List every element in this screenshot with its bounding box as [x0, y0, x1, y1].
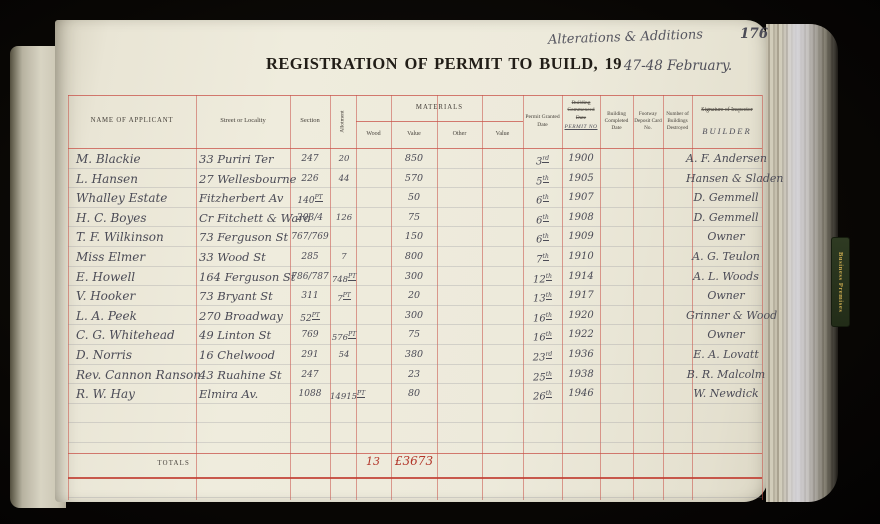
register-title: REGISTRATION OF PERMIT TO BUILD, 1947-48…	[266, 54, 732, 74]
ledger-row: Miss Elmer33 Wood St28578007th1910A. G. …	[0, 248, 880, 267]
grid-line	[68, 148, 762, 149]
cell-material-value: 150	[391, 228, 437, 246]
cell-material-value: 75	[391, 209, 437, 227]
cell-section: 311	[290, 287, 330, 305]
header-name: NAME OF APPLICANT	[68, 95, 196, 148]
cell-section: 767/769	[290, 228, 330, 246]
cell-material-value: 850	[391, 150, 437, 168]
cell-permit-date: 6th	[523, 209, 562, 230]
grid-line	[68, 95, 762, 96]
cell-builder: E. A. Lovatt	[686, 346, 766, 364]
cell-allotment: 20	[330, 150, 358, 168]
cell-street: 33 Puriri Ter	[199, 150, 289, 168]
cell-section: 291	[290, 346, 330, 364]
cell-street: 27 Wellesbourne	[199, 170, 289, 188]
cell-builder: A. L. Woods	[686, 268, 766, 286]
cell-permit-number: 1908	[562, 209, 600, 227]
cell-permit-date: 6th	[523, 189, 562, 210]
ledger-row: Whalley EstateFitzherbert Av140PT506th19…	[0, 189, 880, 208]
cell-permit-date: 12th	[523, 268, 562, 289]
cell-permit-number: 1920	[562, 307, 600, 325]
cell-permit-date: 16th	[523, 326, 562, 347]
cell-builder: B. R. Malcolm	[686, 366, 766, 384]
cell-applicant-name: Whalley Estate	[76, 189, 196, 207]
ledger-row: L. Hansen27 Wellesbourne226445705th1905H…	[0, 170, 880, 189]
cell-street: Cr Fitchett & Ward	[199, 209, 289, 227]
cell-permit-date: 13th	[523, 287, 562, 308]
cell-section: 247	[290, 150, 330, 168]
cell-material-value: 800	[391, 248, 437, 266]
title-printed: REGISTRATION OF PERMIT TO BUILD, 19	[266, 54, 622, 73]
header-street: Street or Locality	[196, 95, 290, 148]
permit-no-pencil-note: PERMIT NO	[562, 124, 600, 132]
cell-applicant-name: Rev. Cannon Ranson	[76, 366, 196, 384]
cell-allotment: 44	[330, 170, 358, 188]
cell-street: 49 Linton St	[199, 326, 289, 344]
cell-section: 203/4	[290, 209, 330, 227]
cell-allotment: 14915PT	[330, 385, 358, 406]
cell-builder: D. Gemmell	[686, 209, 766, 227]
cell-material-value: 570	[391, 170, 437, 188]
cell-permit-number: 1905	[562, 170, 600, 188]
cell-builder: Grinner & Wood	[686, 307, 766, 325]
header-buildings-destroyed: Number of Buildings Destroyed	[663, 95, 692, 148]
cell-section: 140PT	[290, 189, 330, 210]
cell-applicant-name: L. A. Peek	[76, 307, 196, 325]
grid-line	[68, 422, 762, 423]
cell-section: 769	[290, 326, 330, 344]
cell-permit-date: 7th	[523, 248, 562, 269]
cell-allotment: 54	[330, 346, 358, 364]
cell-permit-number: 1946	[562, 385, 600, 403]
cell-permit-number: 1909	[562, 228, 600, 246]
cell-builder: Owner	[686, 228, 766, 246]
header-value: Value	[391, 121, 437, 148]
cell-section: 786/787	[290, 268, 330, 286]
cell-street: 164 Ferguson St	[199, 268, 289, 286]
cell-permit-date: 25th	[523, 366, 562, 387]
header-building-completed: Building Completed Date	[600, 95, 633, 148]
cell-permit-number: 1910	[562, 248, 600, 266]
cell-permit-date: 6th	[523, 228, 562, 249]
totals-count: 13	[354, 455, 392, 468]
ledger-row: R. W. HayElmira Av.108814915PT8026th1946…	[0, 385, 880, 404]
cell-permit-number: 1936	[562, 346, 600, 364]
grid-line	[356, 121, 523, 122]
cell-street: 33 Wood St	[199, 248, 289, 266]
cell-permit-date: 23rd	[523, 346, 562, 367]
totals-label: TOTALS	[68, 460, 190, 467]
header-allotment: Allotment	[330, 95, 356, 148]
cell-builder: Owner	[686, 287, 766, 305]
cell-builder: A. G. Teulon	[686, 248, 766, 266]
builder-pencil-note: BUILDER	[692, 126, 762, 136]
cell-permit-number: 1922	[562, 326, 600, 344]
cell-applicant-name: R. W. Hay	[76, 385, 196, 403]
cell-applicant-name: V. Hooker	[76, 287, 196, 305]
page-number: 176	[740, 26, 768, 42]
ledger-row: E. Howell164 Ferguson St786/787748PT3001…	[0, 268, 880, 287]
cell-street: 16 Chelwood	[199, 346, 289, 364]
cell-applicant-name: D. Norris	[76, 346, 196, 364]
grid-line	[68, 442, 762, 443]
cell-allotment: 576PT	[330, 326, 358, 347]
cell-material-value: 75	[391, 326, 437, 344]
cell-permit-number: 1914	[562, 268, 600, 286]
cell-permit-number: 1907	[562, 189, 600, 207]
cell-permit-date: 3rd	[523, 150, 562, 171]
header-signature-inspector: Signature of Inspector	[692, 99, 762, 123]
header-wood: Wood	[356, 121, 391, 148]
cell-allotment: 7	[330, 248, 358, 266]
cell-section: 285	[290, 248, 330, 266]
cell-material-value: 80	[391, 385, 437, 403]
cell-material-value: 300	[391, 307, 437, 325]
cell-permit-date: 16th	[523, 307, 562, 328]
cell-permit-date: 5th	[523, 170, 562, 191]
header-other: Other	[437, 121, 482, 148]
cell-material-value: 23	[391, 366, 437, 384]
cell-section: 1088	[290, 385, 330, 403]
ledger-row: Rev. Cannon Ranson43 Ruahine St2472325th…	[0, 366, 880, 385]
cell-material-value: 20	[391, 287, 437, 305]
cell-section: 247	[290, 366, 330, 384]
cell-permit-number: 1917	[562, 287, 600, 305]
cell-street: 270 Broadway	[199, 307, 289, 325]
cell-applicant-name: L. Hansen	[76, 170, 196, 188]
cell-applicant-name: Miss Elmer	[76, 248, 196, 266]
cell-allotment: 126	[330, 209, 358, 227]
cell-builder: Owner	[686, 326, 766, 344]
grid-line	[68, 477, 762, 479]
header-footway-deposit: Footway Deposit Card No.	[633, 95, 663, 148]
cell-material-value: 50	[391, 189, 437, 207]
header-materials-group: MATERIALS	[356, 97, 523, 119]
cell-street: 73 Bryant St	[199, 287, 289, 305]
cell-builder: Hansen & Sladen	[686, 170, 766, 188]
cell-permit-number: 1938	[562, 366, 600, 384]
totals-value: £3673	[390, 454, 438, 468]
cell-applicant-name: E. Howell	[76, 268, 196, 286]
cell-section: 52PT	[290, 307, 330, 328]
cell-material-value: 380	[391, 346, 437, 364]
header-building-commenced: Building Commenced Date	[562, 96, 600, 126]
book-photo: Business Premises Alterations & Addition…	[0, 0, 880, 524]
ledger-row: L. A. Peek270 Broadway52PT30016th1920Gri…	[0, 307, 880, 326]
cell-street: 43 Ruahine St	[199, 366, 289, 384]
cell-applicant-name: M. Blackie	[76, 150, 196, 168]
cell-applicant-name: T. F. Wilkinson	[76, 228, 196, 246]
cell-street: Elmira Av.	[199, 385, 289, 403]
header-permit-granted: Permit Granted Date	[523, 95, 562, 148]
header-value2: Value	[482, 121, 523, 148]
cell-builder: W. Newdick	[686, 385, 766, 403]
ledger-row: T. F. Wilkinson73 Ferguson St767/7691506…	[0, 228, 880, 247]
cell-builder: D. Gemmell	[686, 189, 766, 207]
cell-street: Fitzherbert Av	[199, 189, 289, 207]
ledger-row: M. Blackie33 Puriri Ter247208503rd1900A.…	[0, 150, 880, 169]
ledger-row: C. G. Whitehead49 Linton St769576PT7516t…	[0, 326, 880, 345]
cell-material-value: 300	[391, 268, 437, 286]
cell-allotment: 748PT	[330, 268, 358, 289]
cell-permit-date: 26th	[523, 385, 562, 406]
ledger-row: D. Norris16 Chelwood2915438023rd1936E. A…	[0, 346, 880, 365]
header-section: Section	[290, 95, 330, 148]
cell-section: 226	[290, 170, 330, 188]
cell-builder: A. F. Andersen	[686, 150, 766, 168]
ledger-row: V. Hooker73 Bryant St3117PT2013th1917Own…	[0, 287, 880, 306]
ledger-row: H. C. BoyesCr Fitchett & Ward203/4126756…	[0, 209, 880, 228]
cell-applicant-name: H. C. Boyes	[76, 209, 196, 227]
cell-allotment: 7PT	[330, 287, 358, 308]
cell-permit-number: 1900	[562, 150, 600, 168]
grid-line	[68, 497, 762, 498]
cell-applicant-name: C. G. Whitehead	[76, 326, 196, 344]
title-year-handwritten: 47-48 February.	[624, 58, 732, 74]
cell-street: 73 Ferguson St	[199, 228, 289, 246]
grid-line	[68, 453, 762, 454]
